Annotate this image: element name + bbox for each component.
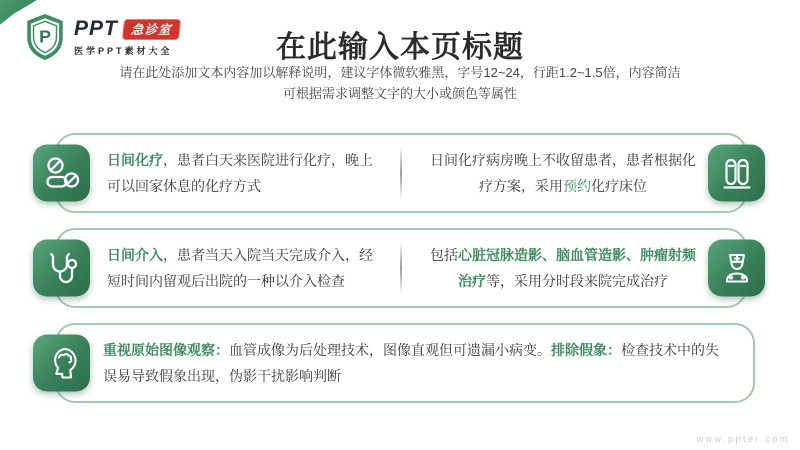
card2-right-text: 包括心脏冠脉造影、脑血管造影、肿瘤射频治疗等，采用分时段来院完成治疗 (429, 242, 697, 294)
card2-left-text: 日间介入，患者当天入院当天完成介入，经短时间内留观后出院的一种以介入检查 (107, 242, 383, 294)
logo-tagline: 医学PPT素材大全 (74, 44, 179, 57)
subtitle-line2: 可根据需求调整文字的大小或颜色等属性 (283, 86, 517, 101)
card1-left-text: 日间化疗，患者白天来医院进行化疗，晚上可以回家休息的化疗方式 (107, 147, 383, 199)
shield-letter: P (39, 27, 51, 47)
card1-divider (400, 146, 402, 200)
card1-right-text: 日间化疗病房晚上不收留患者，患者根据化疗方案，采用预约化疗床位 (429, 147, 697, 199)
shield-logo-icon: P (24, 13, 66, 61)
logo-text-block: PPT 急诊室 医学PPT素材大全 (74, 13, 179, 57)
feature-card-day-chemo: 日间化疗，患者白天来医院进行化疗，晚上可以回家休息的化疗方式 日间化疗病房晚上不… (55, 133, 747, 213)
test-tubes-icon (708, 145, 765, 202)
feature-card-day-intervention: 日间介入，患者当天入院当天完成介入，经短时间内留观后出院的一种以介入检查 包括心… (55, 228, 747, 308)
slide: P PPT 急诊室 医学PPT素材大全 在此输入本页标题 请在此处添加文本内容加… (0, 0, 800, 450)
subtitle: 请在此处添加文本内容加以解释说明，建议字体微软雅黑，字号12~24，行距1.2~… (0, 63, 800, 105)
logo-text: PPT (74, 17, 118, 41)
card3-text: 重视原始图像观察：血管成像为后处理技术，图像直观但可遗漏小病变。排除假象：检查技… (103, 337, 719, 389)
pills-icon (33, 145, 90, 202)
doctor-icon (708, 240, 765, 297)
head-brain-icon (33, 335, 90, 392)
stethoscope-icon (33, 240, 90, 297)
brand-logo: P PPT 急诊室 医学PPT素材大全 (24, 13, 179, 61)
card2-divider (400, 241, 402, 295)
feature-card-image-review: 重视原始图像观察：血管成像为后处理技术，图像直观但可遗漏小病变。排除假象：检查技… (55, 323, 755, 403)
subtitle-line1: 请在此处添加文本内容加以解释说明，建议字体微软雅黑，字号12~24，行距1.2~… (119, 65, 680, 80)
logo-badge: 急诊室 (122, 19, 181, 40)
watermark: www.ppter.com (696, 434, 790, 444)
